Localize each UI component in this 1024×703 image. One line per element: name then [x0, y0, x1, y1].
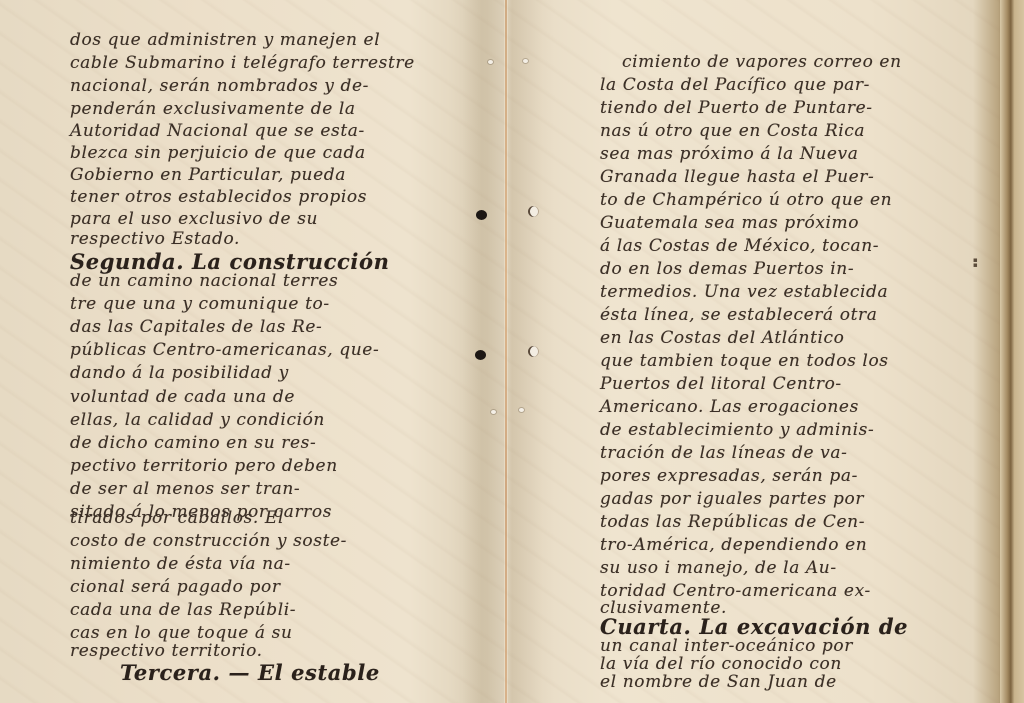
manuscript-line: cimiento de vapores correo en [622, 52, 902, 72]
binding-fold [505, 0, 507, 703]
manuscript-line: tiendo del Puerto de Puntare- [600, 98, 873, 118]
manuscript-line: nas ú otro que en Costa Rica [600, 121, 865, 141]
manuscript-line: un canal inter-oceánico por [600, 636, 853, 656]
stitch-hole [491, 410, 496, 414]
manuscript-line: cada una de las Repúbli- [70, 600, 296, 620]
manuscript-line: que tambien toque en todos los [600, 351, 889, 371]
manuscript-line: termedios. Una vez establecida [600, 282, 888, 302]
stitch-hole [523, 59, 528, 63]
manuscript-line: ellas, la calidad y condición [70, 410, 325, 430]
manuscript-line: gadas por iguales partes por [600, 489, 864, 509]
manuscript-line: Americano. Las erogaciones [600, 397, 859, 417]
manuscript-line: pores expresadas, serán pa- [600, 466, 858, 486]
manuscript-line: cional será pagado por [70, 577, 281, 597]
manuscript-line: penderán exclusivamente de la [70, 99, 356, 119]
manuscript-line: costo de construcción y soste- [70, 531, 347, 551]
manuscript-line: de establecimiento y adminis- [600, 420, 874, 440]
section-heading-tercera: Tercera. — El estable [120, 660, 380, 685]
manuscript-line: tener otros establecidos propios [70, 187, 367, 207]
manuscript-line: de un camino nacional terres [70, 271, 338, 291]
manuscript-line: Guatemala sea mas próximo [600, 213, 859, 233]
manuscript-line: tración de las líneas de va- [600, 443, 847, 463]
manuscript-line: todas las Repúblicas de Cen- [600, 512, 865, 532]
right-page: cimiento de vapores correo en la Costa d… [600, 0, 985, 703]
manuscript-line: tro-América, dependiendo en [600, 535, 867, 555]
manuscript-line: de dicho camino en su res- [70, 433, 316, 453]
manuscript-line: nimiento de ésta vía na- [70, 554, 291, 574]
manuscript-line: el nombre de San Juan de [600, 672, 837, 692]
manuscript-line: dos que administren y manejen el [70, 30, 380, 50]
punch-hole [528, 346, 539, 357]
manuscript-line: sea mas próximo á la Nueva [600, 144, 858, 164]
manuscript-line: ésta línea, se establecerá otra [600, 305, 877, 325]
punch-hole [475, 350, 486, 360]
page-edge [1000, 0, 1024, 703]
stitch-hole [488, 60, 493, 64]
manuscript-line: su uso i manejo, de la Au- [600, 558, 837, 578]
manuscript-line: voluntad de cada una de [70, 387, 295, 407]
manuscript-line: la Costa del Pacífico que par- [600, 75, 870, 95]
manuscript-line: cas en lo que toque á su [70, 623, 293, 643]
manuscript-line: Autoridad Nacional que se esta- [70, 121, 365, 141]
manuscript-line: tre que una y comunique to- [70, 294, 330, 314]
manuscript-line: do en los demas Puertos in- [600, 259, 854, 279]
manuscript-line: respectivo territorio. [70, 641, 263, 661]
manuscript-line: to de Champérico ú otro que en [600, 190, 892, 210]
manuscript-line: cable Submarino i telégrafo terrestre [70, 53, 415, 73]
manuscript-line: de ser al menos ser tran- [70, 479, 300, 499]
manuscript-line: Puertos del litoral Centro- [600, 374, 842, 394]
left-page: dos que administren y manejen el cable S… [70, 0, 440, 703]
punch-hole [476, 210, 487, 220]
manuscript-line: das las Capitales de las Re- [70, 317, 322, 337]
manuscript-line: públicas Centro-americanas, que- [70, 340, 379, 360]
manuscript-line: para el uso exclusivo de su [70, 209, 318, 229]
manuscript-line: respectivo Estado. [70, 229, 240, 249]
manuscript-line: Gobierno en Particular, pueda [70, 165, 346, 185]
manuscript-line: pectivo territorio pero deben [70, 456, 338, 476]
manuscript-line: Granada llegue hasta el Puer- [600, 167, 874, 187]
manuscript-line: blezca sin perjuicio de que cada [70, 143, 366, 163]
manuscript-line: en las Costas del Atlántico [600, 328, 845, 348]
manuscript-line: nacional, serán nombrados y de- [70, 76, 369, 96]
manuscript-line: la vía del río conocido con [600, 654, 842, 674]
manuscript-line: dando á la posibilidad y [70, 363, 289, 383]
manuscript-line: tirados por caballos. El [70, 508, 284, 528]
punch-hole [528, 206, 539, 217]
manuscript-line: á las Costas de México, tocan- [600, 236, 879, 256]
stitch-hole [519, 408, 524, 412]
